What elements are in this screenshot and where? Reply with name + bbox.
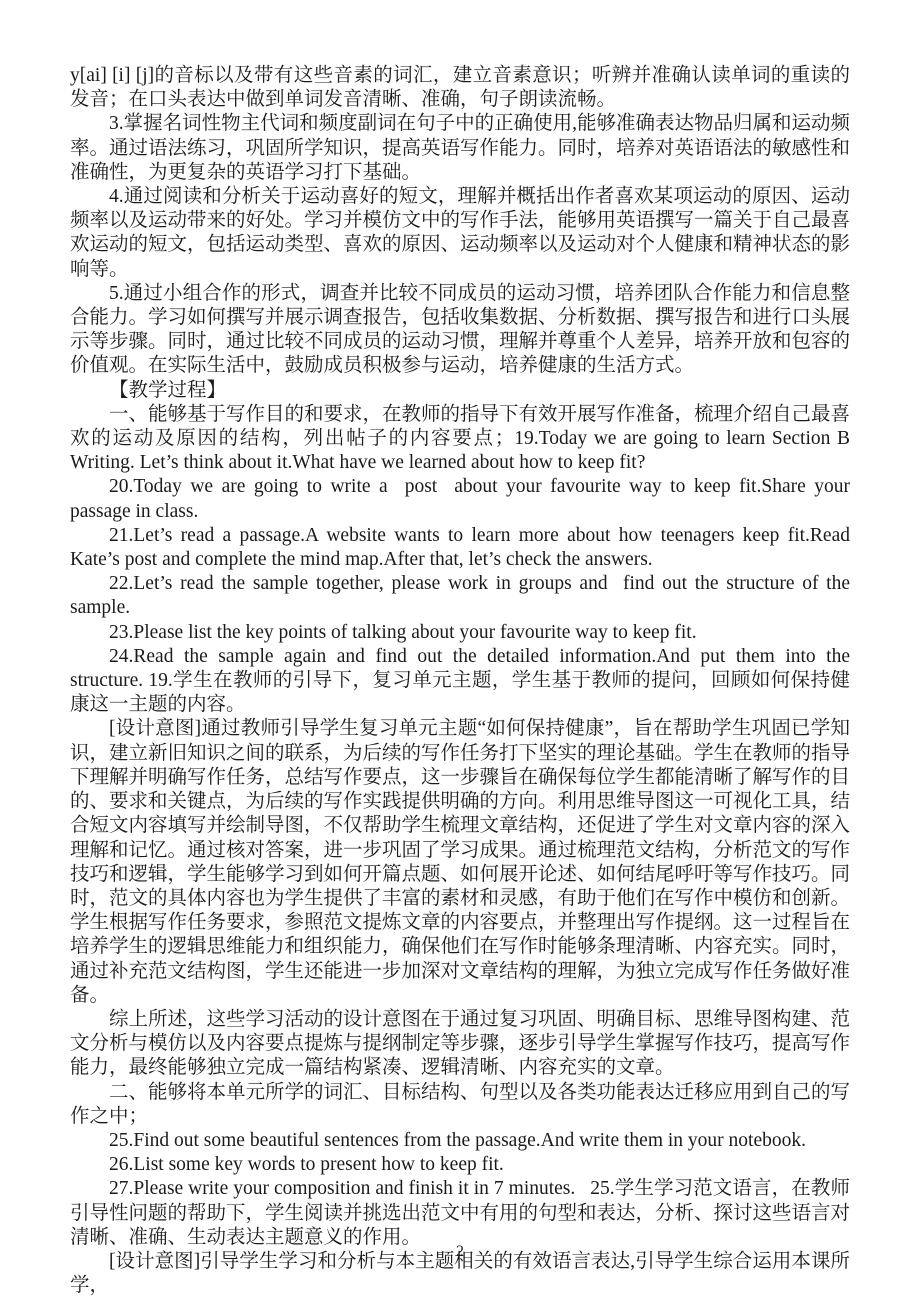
paragraph: 3.掌握名词性物主代词和频度副词在句子中的正确使用,能够准确表达物品归属和运动频…: [70, 112, 850, 185]
paragraph: 一、能够基于写作目的和要求，在教师的指导下有效开展写作准备，梳理介绍自己最喜欢的…: [70, 403, 850, 476]
document-body: y[ai] [i] [j]的音标以及带有这些音素的词汇，建立音素意识；听辨并准确…: [70, 64, 850, 1298]
paragraph: 综上所述，这些学习活动的设计意图在于通过复习巩固、明确目标、思维导图构建、范文分…: [70, 1008, 850, 1081]
paragraph: 24.Read the sample again and find out th…: [70, 645, 850, 718]
paragraph: 26.List some key words to present how to…: [70, 1153, 850, 1177]
document-page: y[ai] [i] [j]的音标以及带有这些音素的词汇，建立音素意识；听辨并准确…: [0, 0, 920, 1302]
paragraph: 二、能够将本单元所学的词汇、目标结构、句型以及各类功能表达迁移应用到自己的写作之…: [70, 1081, 850, 1129]
paragraph: 4.通过阅读和分析关于运动喜好的短文，理解并概括出作者喜欢某项运动的原因、运动频…: [70, 185, 850, 282]
paragraph: y[ai] [i] [j]的音标以及带有这些音素的词汇，建立音素意识；听辨并准确…: [70, 64, 850, 112]
paragraph: 22.Let’s read the sample together, pleas…: [70, 572, 850, 620]
paragraph: [设计意图]通过教师引导学生复习单元主题“如何保持健康”，旨在帮助学生巩固已学知…: [70, 717, 850, 1007]
paragraph: 27.Please write your composition and fin…: [70, 1177, 850, 1250]
paragraph: 5.通过小组合作的形式，调查并比较不同成员的运动习惯，培养团队合作能力和信息整合…: [70, 282, 850, 379]
paragraph: 【教学过程】: [70, 379, 850, 403]
paragraph: 25.Find out some beautiful sentences fro…: [70, 1129, 850, 1153]
paragraph: 23.Please list the key points of talking…: [70, 621, 850, 645]
page-number: 2: [0, 1243, 920, 1261]
paragraph: 20.Today we are going to write a post ab…: [70, 475, 850, 523]
paragraph: 21.Let’s read a passage.A website wants …: [70, 524, 850, 572]
